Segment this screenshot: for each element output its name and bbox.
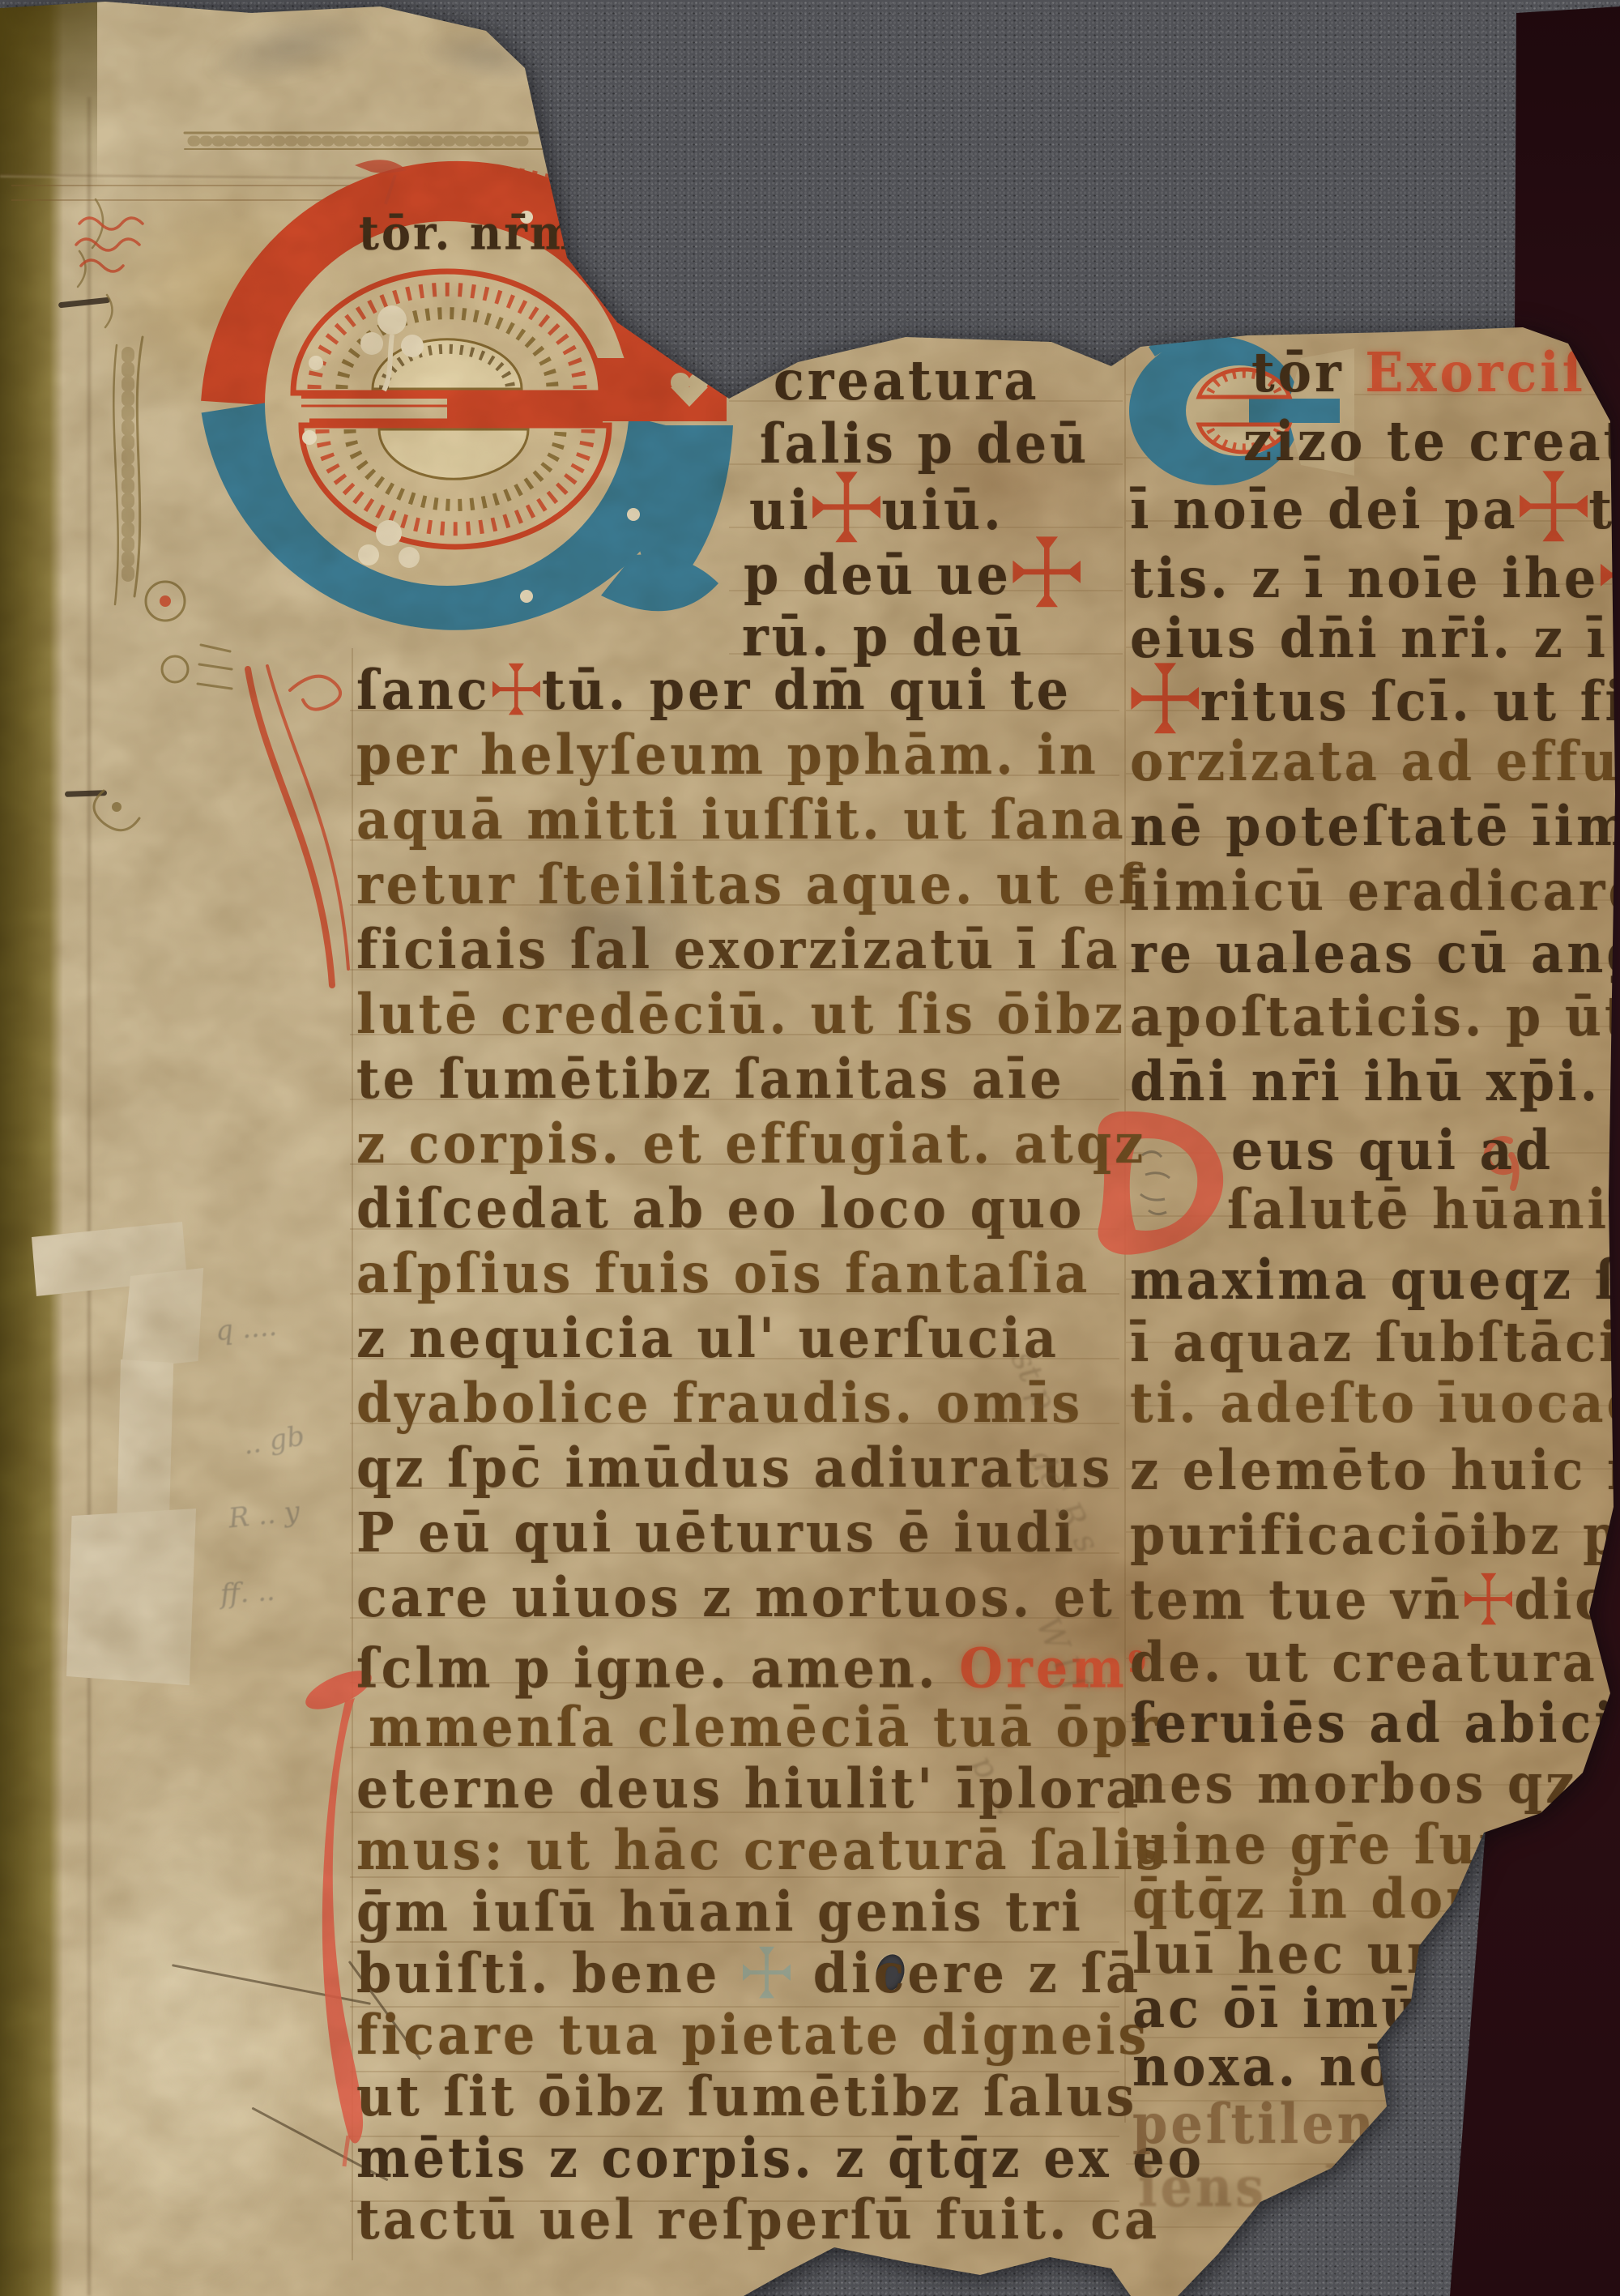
manuscript-photograph: Medieval manuscript leaf — Latin exorcis… xyxy=(0,0,1620,2296)
parchment-grain xyxy=(0,0,1620,2296)
parchment-leaf-wrap: tōr. nr̄m īcreaturaſalis p deūuiuiū.p de… xyxy=(0,0,1620,2296)
parchment-leaf: tōr. nr̄m īcreaturaſalis p deūuiuiū.p de… xyxy=(0,0,1620,2296)
